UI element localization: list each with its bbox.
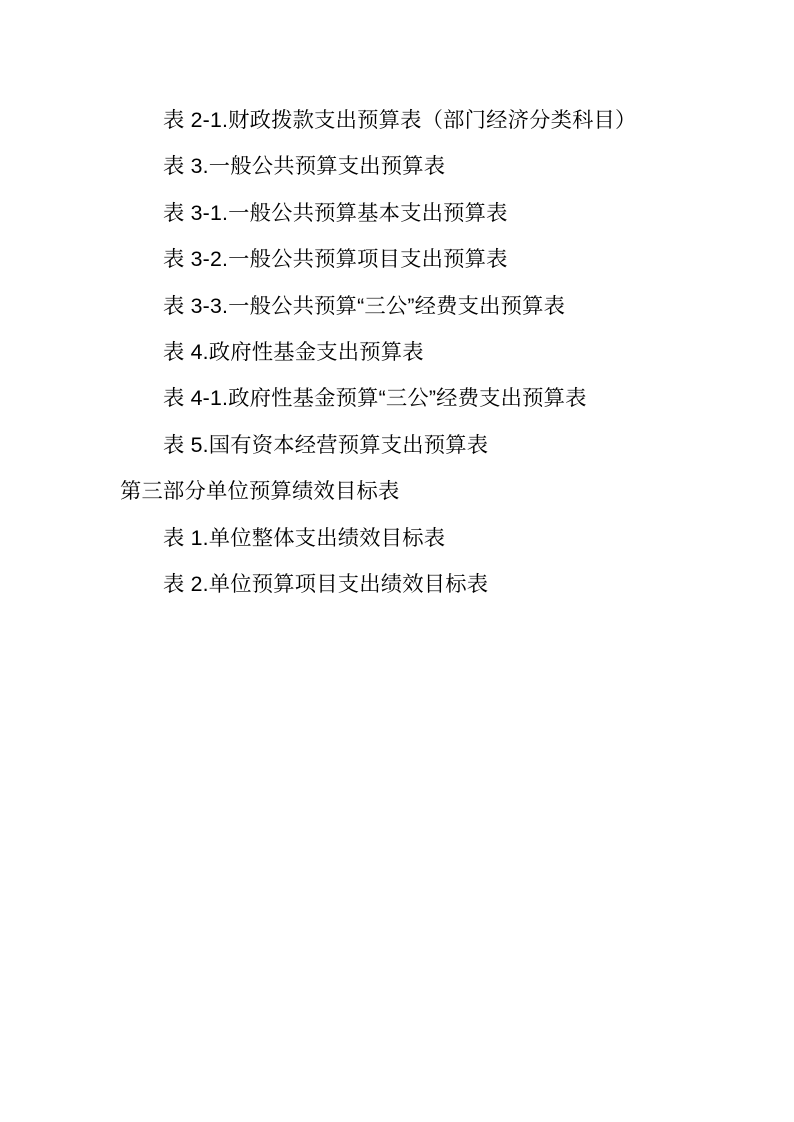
toc-entry: 表 1.单位整体支出绩效目标表 (0, 515, 794, 561)
toc-entry: 表 4.政府性基金支出预算表 (0, 329, 794, 375)
toc-entry: 表 3-1.一般公共预算基本支出预算表 (0, 190, 794, 236)
toc-entry: 表 4-1.政府性基金预算“三公”经费支出预算表 (0, 375, 794, 421)
toc-entry: 表 3.一般公共预算支出预算表 (0, 143, 794, 189)
document-page: 表 2-1.财政拨款支出预算表（部门经济分类科目）表 3.一般公共预算支出预算表… (0, 0, 794, 1122)
toc-entry: 表 2.单位预算项目支出绩效目标表 (0, 561, 794, 607)
section-heading: 第三部分单位预算绩效目标表 (0, 468, 794, 514)
toc-entry: 表 3-3.一般公共预算“三公”经费支出预算表 (0, 283, 794, 329)
toc-entry: 表 5.国有资本经营预算支出预算表 (0, 422, 794, 468)
toc-list: 表 2-1.财政拨款支出预算表（部门经济分类科目）表 3.一般公共预算支出预算表… (0, 0, 794, 607)
toc-entry: 表 3-2.一般公共预算项目支出预算表 (0, 236, 794, 282)
toc-entry: 表 2-1.财政拨款支出预算表（部门经济分类科目） (0, 97, 794, 143)
